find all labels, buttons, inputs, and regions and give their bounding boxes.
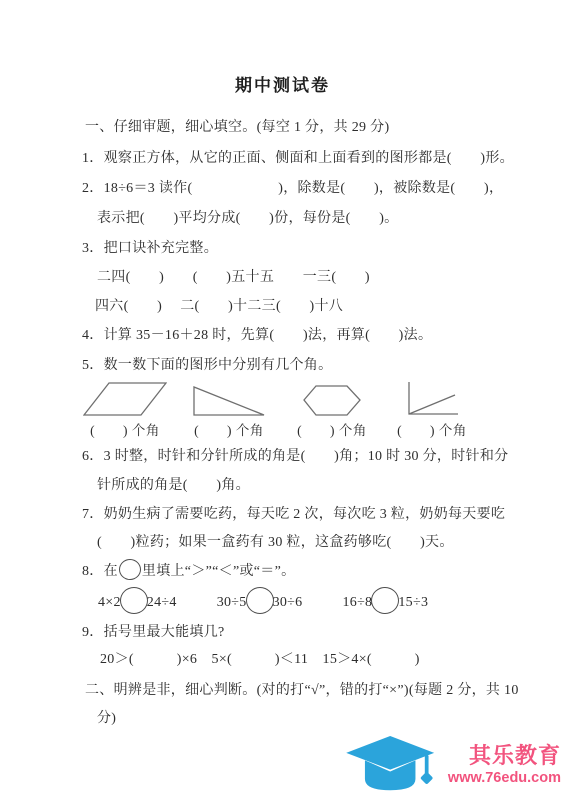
- comparison-item: 4×224÷4: [98, 587, 177, 614]
- question-3: 3．把口诀补充完整。: [82, 238, 218, 260]
- logo-text-block: 其乐教育 www.76edu.com: [448, 743, 561, 787]
- parallelogram-icon: [83, 382, 167, 416]
- shape-box: [303, 380, 361, 416]
- shape-box: [405, 380, 459, 416]
- shape-box: [193, 380, 265, 416]
- page-title: 期中测试卷: [0, 71, 565, 96]
- shape-hexagon: ( ) 个角: [290, 380, 374, 439]
- brand-name: 其乐教育: [448, 743, 561, 769]
- comparison-circle: [246, 587, 274, 614]
- right-expression: 30÷6: [273, 595, 303, 610]
- question-1: 1．观察正方体，从它的正面、侧面和上面看到的图形都是( )形。: [82, 148, 514, 170]
- question-9-row: 20＞( )×6 5×( )＜11 15＞4×( ): [100, 649, 420, 671]
- shape-caption: ( ) 个角: [397, 419, 467, 439]
- question-2-line1: 2．18÷6＝3 读作( )，除数是( )，被除数是( )，: [82, 178, 503, 200]
- question-8-suffix: 里填上“＞”“＜”或“＝”。: [142, 564, 295, 579]
- question-6-line1: 6．3 时整，时针和分针所成的角是( )角；10 时 30 分，时针和分: [82, 446, 508, 468]
- brand-logo: 其乐教育 www.76edu.com: [346, 736, 561, 794]
- right-expression: 15÷3: [398, 595, 428, 610]
- right-triangle-icon: [193, 386, 265, 416]
- section2-heading-line2: 分): [97, 708, 116, 730]
- question-7-line2: ( )粒药；如果一盒药有 30 粒，这盒药够吃( )天。: [97, 532, 454, 554]
- question-7-line1: 7．奶奶生病了需要吃药，每天吃 2 次，每次吃 3 粒，奶奶每天要吃: [82, 504, 505, 526]
- angle-rays-icon: [405, 381, 459, 416]
- shape-caption: ( ) 个角: [194, 419, 264, 439]
- answer-circle: [119, 559, 141, 580]
- question-3-row2: 四六( ) 二( )十二三( )十八: [95, 296, 343, 318]
- question-6-line2: 针所成的角是( )角。: [97, 475, 250, 497]
- shape-box: [83, 380, 167, 416]
- comparison-item: 30÷530÷6: [217, 587, 303, 614]
- brand-website: www.76edu.com: [448, 769, 561, 787]
- shape-right-triangle: ( ) 个角: [185, 380, 273, 439]
- right-expression: 24÷4: [147, 595, 177, 610]
- shape-angle-rays: ( ) 个角: [390, 380, 474, 439]
- question-4: 4．计算 35－16＋28 时，先算( )法，再算( )法。: [82, 325, 432, 347]
- question-8-prefix: 8．在: [82, 564, 118, 579]
- comparison-circle: [371, 587, 399, 614]
- comparison-item: 16÷815÷3: [342, 587, 428, 614]
- left-expression: 4×2: [98, 595, 121, 610]
- comparison-circle: [120, 587, 148, 614]
- graduation-cap-icon: [346, 736, 440, 794]
- section1-heading: 一、仔细审题，细心填空。(每空 1 分，共 29 分): [85, 117, 389, 139]
- left-expression: 16÷8: [342, 595, 372, 610]
- shape-caption: ( ) 个角: [297, 419, 367, 439]
- question-5: 5．数一数下面的图形中分别有几个角。: [82, 355, 332, 377]
- question-9: 9．括号里最大能填几?: [82, 622, 225, 644]
- question-3-row1: 二四( ) ( )五十五 一三( ): [97, 267, 370, 289]
- shape-parallelogram: ( ) 个角: [76, 380, 174, 439]
- question-8-items: 4×224÷4 30÷530÷6 16÷815÷3: [98, 587, 428, 614]
- hexagon-icon: [303, 385, 361, 416]
- shape-caption: ( ) 个角: [90, 419, 160, 439]
- section2-heading-line1: 二、明辨是非，细心判断。(对的打“√”，错的打“×”)(每题 2 分，共 10: [85, 680, 519, 702]
- test-paper-page: 期中测试卷 一、仔细审题，细心填空。(每空 1 分，共 29 分) 1．观察正方…: [0, 0, 565, 800]
- question-2-line2: 表示把( )平均分成( )份，每份是( )。: [97, 208, 398, 230]
- left-expression: 30÷5: [217, 595, 247, 610]
- question-8: 8．在里填上“＞”“＜”或“＝”。: [82, 559, 295, 583]
